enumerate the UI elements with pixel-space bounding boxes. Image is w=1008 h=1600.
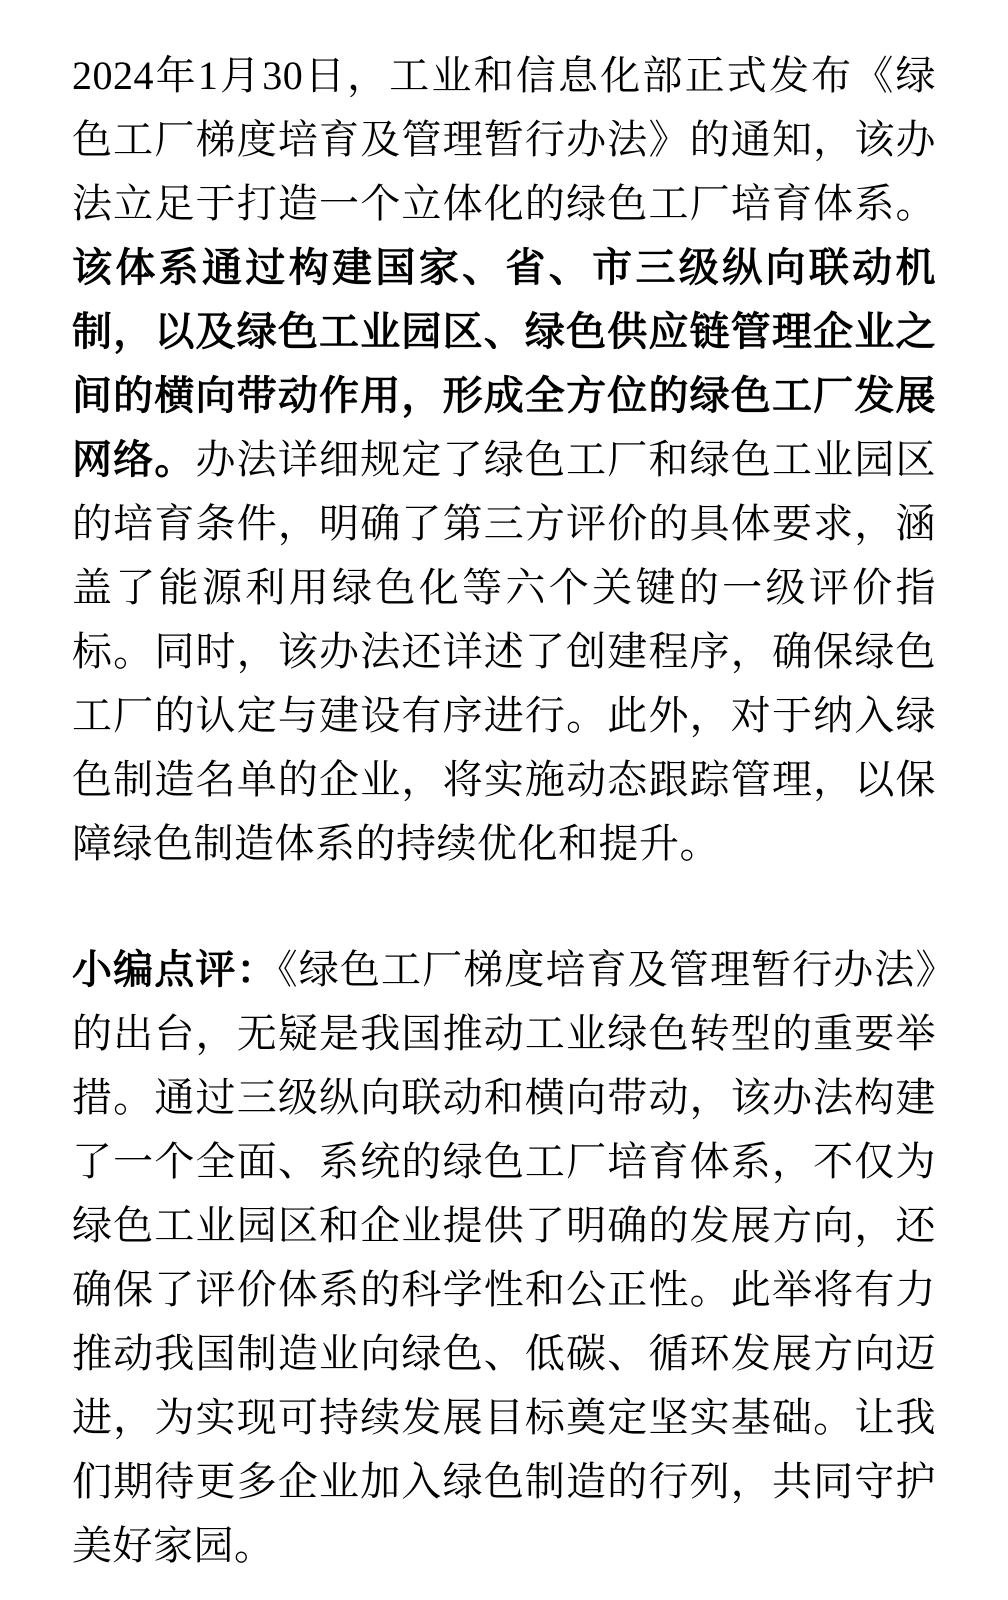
article-paragraph-news: 2024年1月30日，工业和信息化部正式发布《绿色工厂梯度培育及管理暂行办法》的… [72, 44, 936, 876]
text-run-intro: 2024年1月30日，工业和信息化部正式发布《绿色工厂梯度培育及管理暂行办法》的… [72, 53, 936, 226]
editor-note-label: 小编点评： [72, 947, 278, 992]
article-paragraph-editor-comment: 小编点评：《绿色工厂梯度培育及管理暂行办法》的出台，无疑是我国推动工业绿色转型的… [72, 938, 936, 1578]
text-run-comment: 《绿色工厂梯度培育及管理暂行办法》的出台，无疑是我国推动工业绿色转型的重要举措。… [72, 947, 936, 1568]
text-run-details: 办法详细规定了绿色工厂和绿色工业园区的培育条件，明确了第三方评价的具体要求，涵盖… [72, 437, 936, 866]
article-body: 2024年1月30日，工业和信息化部正式发布《绿色工厂梯度培育及管理暂行办法》的… [0, 0, 1008, 1578]
